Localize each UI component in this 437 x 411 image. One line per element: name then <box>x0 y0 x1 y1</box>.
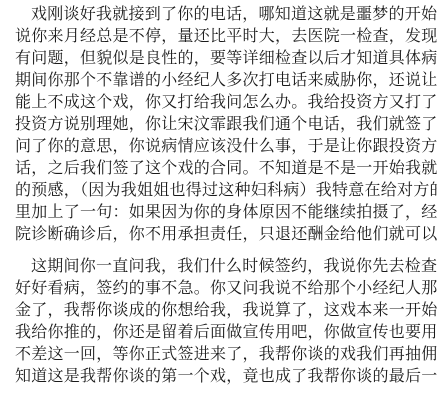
paragraph-2-line-4: 我给你推的，你还是留着后面做宣传用吧，你做宣传也要用钱的， <box>15 321 437 343</box>
paragraph-1-line-4: 期间你那个不靠谱的小经纪人多次打电话来威胁你，还说让你有可 <box>15 69 437 91</box>
paragraph-1-line-3: 有问题，但貌似是良性的，要等详细检查以后才知道具体病情。这 <box>15 47 437 69</box>
paragraph-2-line-3: 金了，我帮你谈成的你想给我，我说算了，这戏本来一开始就不是 <box>15 299 437 321</box>
paragraph-1-line-1: 戏刚谈好我就接到了你的电话，哪知道这就是噩梦的开始，你 <box>31 3 437 25</box>
paragraph-2-line-5: 不差这一回，等你正式签进来了，我帮你谈的戏我们再抽佣金。哪 <box>15 343 437 365</box>
paragraph-1-line-5: 能上不成这个戏，你又打给我问怎么办。我给投资方又打了电话， <box>15 91 437 113</box>
paragraph-1-line-10: 里加上了一句：如果因为你的身体原因不能继续拍摄了，经三甲医 <box>15 201 437 223</box>
paragraph-1-line-9: 的预感，（因为我姐姐也得过这种妇科病）我特意在给对方的合同 <box>15 179 437 201</box>
paragraph-1-line-7: 问了你的意思，你说病情应该没什么事，于是让你跟投资方通了电 <box>15 135 437 157</box>
paragraph-1-line-2: 说你来月经总是不停，量还比平时大，去医院一检查，发现子宫里 <box>15 25 437 47</box>
paragraph-1-line-6: 投资方说别理她，你让宋汶霏跟我们通个电话，我们就签了。我又 <box>15 113 437 135</box>
paragraph-1-line-8: 话，之后我们签了这个戏的合同。不知道是不是一开始我就有不好 <box>15 157 437 179</box>
paragraph-2-line-6: 知道这是我帮你谈的第一个戏，竟也成了我帮你谈的最后一个戏… <box>15 365 437 387</box>
paragraph-2-line-1: 这期间你一直问我，我们什么时候签约，我说你先去检查身体 <box>31 255 437 277</box>
paragraph-1-line-11: 院诊断确诊后，你不用承担责任，只退还酬金给他们就可以了。 <box>15 223 437 245</box>
document-page: 戏刚谈好我就接到了你的电话，哪知道这就是噩梦的开始，你 说你来月经总是不停，量还… <box>0 0 437 411</box>
paragraph-2-line-2: 好好看病，签约的事不急。你又问我说不给那个小经纪人那么多佣 <box>15 277 437 299</box>
